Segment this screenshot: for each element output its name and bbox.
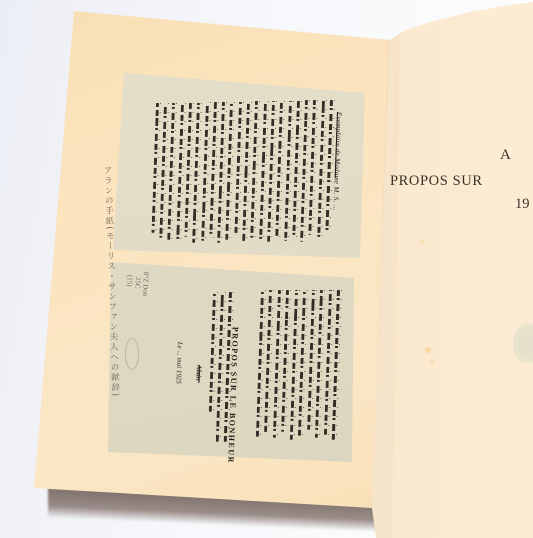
book-photo: Exemplaire de Madame M. S. ... PROPOS SU… <box>0 0 533 538</box>
library-stamp-line-2: 25C <box>134 277 142 289</box>
library-stamp-line-1: 8°Z Don <box>141 272 150 297</box>
paper-foxing-spot <box>420 240 425 245</box>
library-stamp-line-3: (15) <box>126 275 134 287</box>
right-page-title-line-1: A <box>500 147 512 164</box>
paper-foxing-spot <box>430 360 434 364</box>
right-page-title-year: 19 <box>515 196 530 213</box>
bottom-plate-date: Le ... mai 1925 <box>175 342 184 384</box>
library-stamp-oval <box>125 338 139 370</box>
paper-foxing-spot <box>425 347 431 353</box>
right-page-emblem <box>513 323 533 363</box>
right-page-title-line-2: PROPOS SUR <box>390 173 483 190</box>
